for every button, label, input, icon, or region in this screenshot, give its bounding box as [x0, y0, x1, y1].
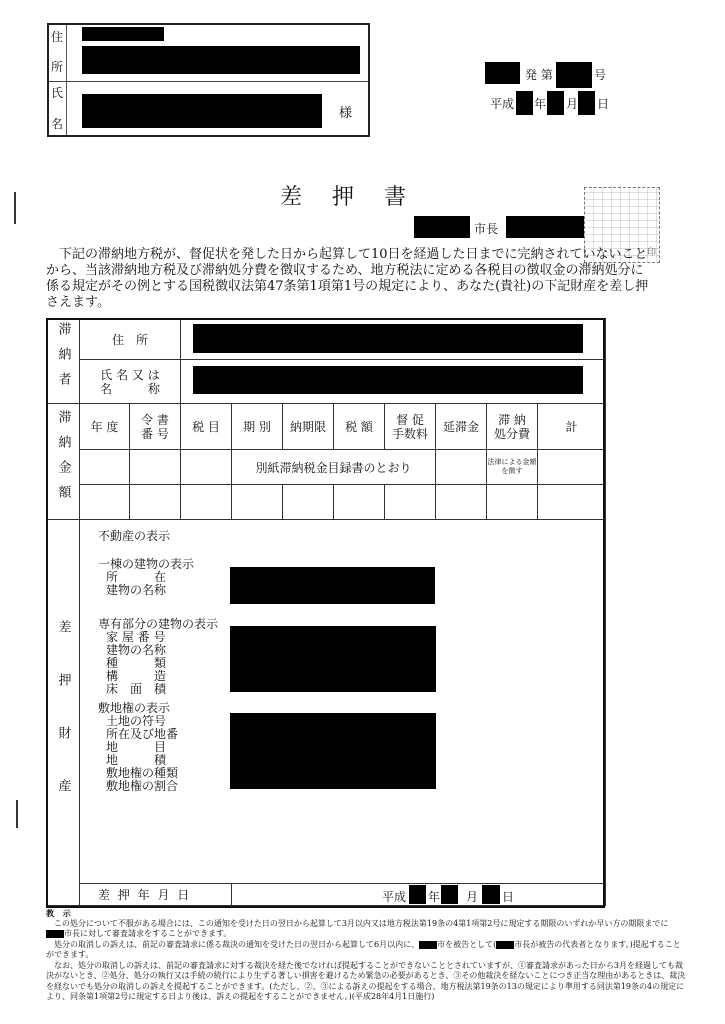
- cell-notice-number: [130, 450, 181, 485]
- delinquent-address-value: [181, 319, 606, 360]
- redacted-issuer-code: [485, 62, 520, 84]
- cell-empty: [385, 485, 436, 520]
- redacted-delinquent-address: [193, 324, 583, 353]
- name-label-char-1: 氏: [51, 87, 63, 99]
- redacted-city: [496, 941, 514, 949]
- property-section-label: 差押財産: [47, 520, 80, 906]
- redacted-delinquent-name: [193, 366, 583, 394]
- cell-empty: [538, 485, 606, 520]
- notes-heading: 教 示: [46, 908, 686, 919]
- redacted-issue-day: [578, 91, 595, 115]
- redacted-issue-year: [516, 91, 533, 115]
- cell-total: [538, 450, 606, 485]
- redacted-seizure-month: [441, 885, 458, 904]
- delinquent-address-label: 住 所: [80, 319, 181, 360]
- body-paragraph: 下記の滞納地方税が、督促状を発した日から起算して10日を経過した日までに完納され…: [46, 247, 656, 311]
- cell-empty: [334, 485, 385, 520]
- issue-day-label: 日: [597, 95, 609, 112]
- issue-number-suffix: 号: [594, 66, 606, 83]
- cell-empty: [283, 485, 334, 520]
- issue-month-label: 月: [566, 95, 578, 112]
- property-item-label: 建物の名称: [106, 584, 166, 597]
- scan-mark: [14, 192, 16, 224]
- column-header: 延滞金: [436, 404, 487, 450]
- column-header: 計: [538, 404, 606, 450]
- scan-mark: [16, 800, 18, 828]
- redacted-address: [82, 46, 360, 74]
- property-item-label: 敷地権の割合: [106, 780, 178, 793]
- redacted-issue-number: [556, 62, 592, 88]
- redacted-seizure-year: [409, 885, 426, 904]
- unit-items: 家 屋 番 号建物の名称種 類構 造床 面 積: [106, 631, 166, 696]
- issue-year-label: 年: [534, 95, 546, 112]
- cell-empty: [436, 485, 487, 520]
- column-header: 納期限: [283, 404, 334, 450]
- property-item-label: 床 面 積: [106, 683, 166, 696]
- merged-tax-list-reference: 別紙滞納税金目録書のとおり: [232, 450, 436, 485]
- amount-section-label: 滞納金額: [47, 404, 80, 520]
- cell-fiscal-year: [80, 450, 130, 485]
- cell-empty: [80, 485, 130, 520]
- building-items: 所 在建物の名称: [106, 571, 166, 597]
- address-label-char-1: 住: [51, 31, 63, 43]
- cell-empty: [181, 485, 232, 520]
- cell-empty: [487, 485, 538, 520]
- redacted-seizure-day: [482, 885, 500, 904]
- column-header: 令 書番 号: [130, 404, 181, 450]
- name-label-char-2: 名: [51, 118, 63, 130]
- redacted-land-info: [230, 713, 436, 789]
- column-header: 督 促手数料: [385, 404, 436, 450]
- honorific: 様: [339, 102, 352, 121]
- redacted-recipient-name: [82, 94, 322, 128]
- cell-empty: [232, 485, 283, 520]
- document-title: 差押書: [280, 180, 436, 211]
- property-heading: 不動産の表示: [98, 530, 170, 543]
- body-paragraph-text: 下記の滞納地方税が、督促状を発した日から起算して10日を経過した日までに完納され…: [46, 247, 656, 311]
- redacted-building-info: [230, 567, 435, 604]
- column-header: 税 額: [334, 404, 385, 450]
- issue-date-era: 平成: [490, 95, 514, 112]
- issue-number-prefix: 発 第: [525, 66, 553, 83]
- property-description: 不動産の表示 一棟の建物の表示 所 在建物の名称 専有部分の建物の表示 家 屋 …: [80, 520, 606, 884]
- redacted-city: [419, 941, 437, 949]
- recipient-box: 住 所 氏 名 様: [47, 23, 370, 137]
- seizure-date-value: 平成 年 月 日: [232, 884, 606, 906]
- cell-tax-item: [181, 450, 232, 485]
- seizure-table: 滞納者 住 所 氏 名 又 は 名 称 滞納金額 年 度令 書番 号税 目期 別…: [46, 318, 606, 906]
- redacted-city-name: [414, 216, 470, 238]
- redacted-mayor-name: [506, 216, 584, 238]
- notes-paragraph-3: なお、処分の取消しの訴えは、前記の審査請求に対する裁決を経た後でなければ提起する…: [46, 961, 686, 1003]
- column-header: 期 別: [232, 404, 283, 450]
- cell-disposition-fee: 法律による金額 を徴す: [487, 450, 538, 485]
- address-label-char-2: 所: [51, 61, 63, 73]
- redacted-unit-info: [230, 626, 436, 692]
- notice-of-appeal: 教 示 この処分について不服がある場合には、この通知を受けた日の翌日から起算して…: [46, 908, 686, 1003]
- seizure-date-label: 差 押 年 月 日: [80, 884, 232, 906]
- land-items: 土地の符号所在及び地番地 目地 積敷地権の種類敷地権の割合: [106, 715, 178, 793]
- column-header: 税 目: [181, 404, 232, 450]
- redacted-issue-month: [547, 91, 564, 115]
- notes-paragraph-2: 処分の取消しの訴えは、前記の審査請求に係る裁決の通知を受けた日の翌日から起算して…: [46, 940, 686, 961]
- column-header: 年 度: [80, 404, 130, 450]
- delinquent-name-value: [181, 360, 606, 404]
- column-header: 滞 納処分費: [487, 404, 538, 450]
- delinquent-name-label: 氏 名 又 は 名 称: [80, 360, 181, 404]
- delinquent-section-label: 滞納者: [47, 319, 80, 404]
- redacted-city: [46, 930, 64, 938]
- redacted-postal-code: [82, 27, 164, 41]
- notes-paragraph-1: この処分について不服がある場合には、この通知を受けた日の翌日から起算して3月以内…: [46, 919, 686, 940]
- recipient-divider: [49, 81, 368, 82]
- mayor-label: 市長: [474, 220, 498, 237]
- cell-empty: [130, 485, 181, 520]
- cell-late-fee: [436, 450, 487, 485]
